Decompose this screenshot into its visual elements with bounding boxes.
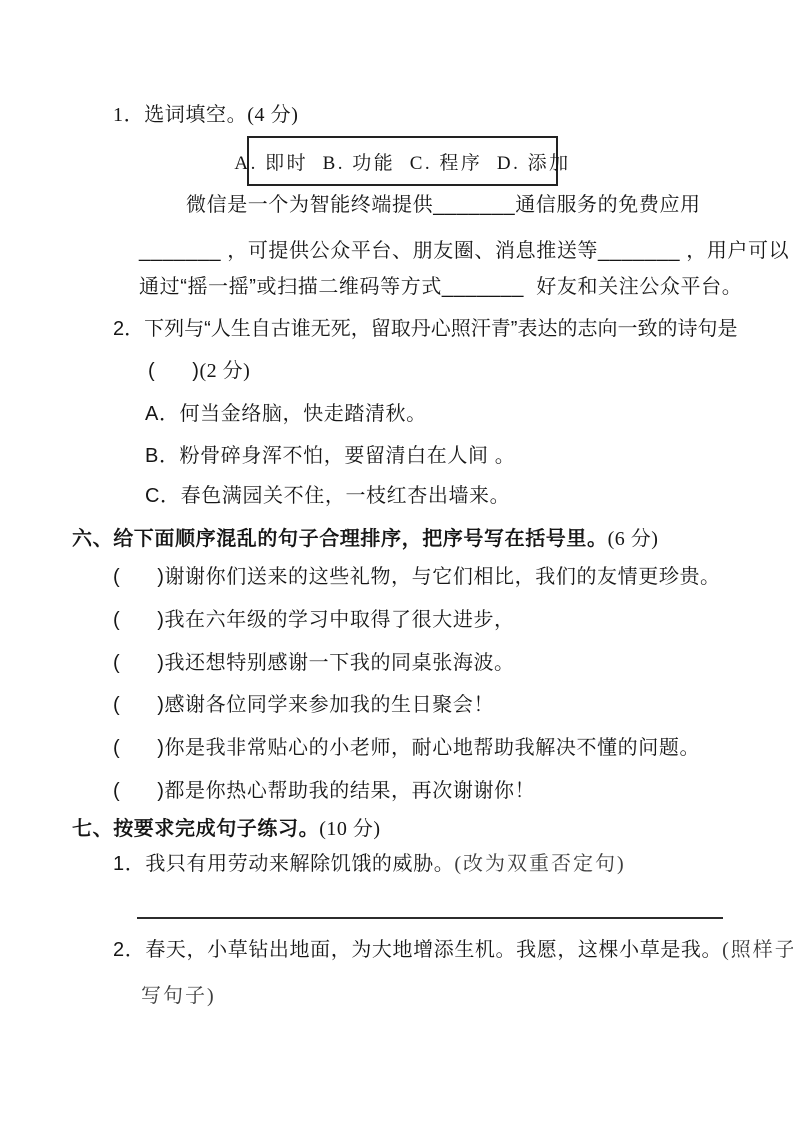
s7-q1-note: (改为双重否定句) [454, 853, 625, 875]
exam-page: 1．选词填空。(4 分) A. 即时 B. 功能 C. 程序 D. 添加 微信是… [0, 0, 793, 1122]
question-2-score: (2 分) [199, 360, 250, 382]
word-bank-box: A. 即时 B. 功能 C. 程序 D. 添加 [247, 136, 558, 186]
q2-option-c: C．春色满园关不住，一枝红杏出墙来。 [145, 484, 510, 509]
q1-passage-line-2: _______ ，可提供公众平台、朋友圈、消息推送等_______ ，用户可以 [139, 239, 789, 264]
q2-option-b: B．粉骨碎身浑不怕，要留清白在人间 。 [145, 444, 515, 469]
section-6-title: 六、给下面顺序混乱的句子合理排序，把序号写在括号里。(6 分) [72, 527, 658, 552]
question-1-title: 1．选词填空。(4 分) [113, 103, 299, 128]
section-7-question-1: 1．我只有用劳动来解除饥饿的威胁。(改为双重否定句) [113, 852, 626, 877]
answer-bracket: ( ) [148, 360, 199, 382]
q1-passage-line-3: 通过“摇一摇”或扫描二维码等方式_______ 好友和关注公众平台。 [139, 275, 742, 300]
answer-writing-line [137, 900, 723, 919]
section-7-title: 七、按要求完成句子练习。(10 分) [72, 817, 381, 842]
s7-q2-note-part1: (照样子， [722, 939, 793, 961]
s7-q2-note-part2: 写句子) [141, 984, 216, 1009]
section-6-label: 六、给下面顺序混乱的句子合理排序，把序号写在括号里。 [72, 528, 608, 550]
question-2-answer: ( )(2 分) [148, 359, 250, 384]
section-6-item: ( )我在六年级的学习中取得了很大进步， [113, 608, 515, 633]
section-6-item: ( )你是我非常贴心的小老师，耐心地帮助我解决不懂的问题。 [113, 736, 700, 761]
section-7-score: (10 分) [319, 818, 380, 840]
section-6-item: ( )都是你热心帮助我的结果，再次谢谢你！ [113, 779, 535, 804]
section-6-item: ( )感谢各位同学来参加我的生日聚会！ [113, 693, 494, 718]
question-2-title: 2．下列与“人生自古谁无死，留取丹心照汗青”表达的志向一致的诗句是 [113, 317, 737, 342]
q2-option-a: A．何当金络脑，快走踏清秋。 [145, 402, 427, 427]
question-1-score: (4 分) [247, 104, 298, 126]
s7-q2-text: 2．春天，小草钻出地面，为大地增添生机。我愿，这棵小草是我。 [113, 939, 722, 961]
section-7-question-2: 2．春天，小草钻出地面，为大地增添生机。我愿，这棵小草是我。(照样子， [113, 938, 793, 963]
word-bank-options: A. 即时 B. 功能 C. 程序 D. 添加 [234, 148, 570, 175]
section-6-item: ( )我还想特别感谢一下我的同桌张海波。 [113, 651, 515, 676]
q1-passage-line-1: 微信是一个为智能终端提供_______通信服务的免费应用 [186, 193, 701, 218]
question-1-label: 1．选词填空。 [113, 104, 247, 126]
section-7-label: 七、按要求完成句子练习。 [72, 818, 319, 840]
s7-q1-text: 1．我只有用劳动来解除饥饿的威胁。 [113, 853, 454, 875]
section-6-item: ( )谢谢你们送来的这些礼物，与它们相比，我们的友情更珍贵。 [113, 565, 721, 590]
section-6-score: (6 分) [608, 528, 659, 550]
